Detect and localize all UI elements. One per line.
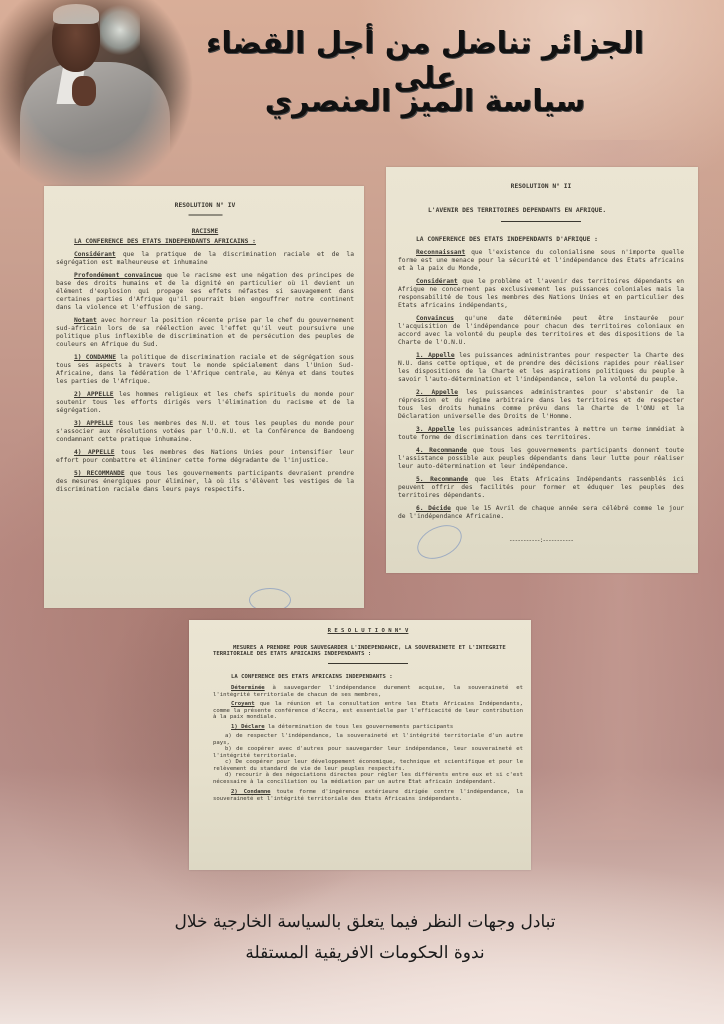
- doc-paragraph: Convaincus qu'une date déterminée peut ê…: [398, 315, 684, 347]
- doc-rule: [501, 221, 581, 222]
- doc-heading: R E S O L U T I O N N° V: [213, 628, 523, 635]
- stamp-icon: [249, 588, 291, 608]
- paragraph-lead: Reconnaissant: [416, 249, 465, 256]
- paragraph-lead: Croyant: [231, 701, 255, 707]
- paragraph-lead: 5. Recommande: [416, 476, 468, 483]
- list-item: d) recourir à des négociations directes …: [213, 772, 523, 785]
- doc-conference: LA CONFERENCE DES ETATS AFRICAINS INDEPE…: [213, 674, 523, 681]
- paragraph-lead: 1) CONDAMNE: [74, 354, 116, 361]
- paragraph-lead: Profondément convaincue: [74, 272, 162, 279]
- paragraph-lead: 2. Appelle: [416, 389, 458, 396]
- paragraph-lead: 1. Appelle: [416, 352, 455, 359]
- document-resolution-iv: RESOLUTION N° IV ============ RACISME LA…: [44, 186, 364, 608]
- paragraph-lead: 1) Déclare: [231, 724, 265, 730]
- doc-items: a) de respecter l'indépendance, la souve…: [213, 733, 523, 785]
- photo-hand: [72, 76, 96, 106]
- doc-paragraphs: Déterminée à sauvegarder l'indépendance …: [213, 685, 523, 730]
- doc-subject: L'AVENIR DES TERRITOIRES DEPENDANTS EN A…: [398, 207, 684, 215]
- doc-paragraph: 3) APPELLE tous les membres des N.U. et …: [56, 420, 354, 444]
- paragraph-lead: Notant: [74, 317, 97, 324]
- doc-paragraph: 2. Appelle les puissances administrantes…: [398, 389, 684, 421]
- doc-paragraph: 5. Recommande que les Etats Africains In…: [398, 476, 684, 500]
- paragraph-lead: 3. Appelle: [416, 426, 455, 433]
- doc-paragraph: 3. Appelle les puissances administrantes…: [398, 426, 684, 442]
- paragraph-text: avec horreur la position récente prise p…: [56, 317, 354, 348]
- doc-paragraphs: Considérant que la pratique de la discri…: [56, 251, 354, 494]
- doc-paragraph: 4) APPELLE tous les membres des Nations …: [56, 449, 354, 465]
- paragraph-text: que la réunion et la consultation entre …: [213, 701, 523, 720]
- doc-paragraph: Déterminée à sauvegarder l'indépendance …: [213, 685, 523, 698]
- doc-rule: [328, 663, 408, 664]
- doc-subject: MESURES A PRENDRE POUR SAUVEGARDER L'IND…: [213, 645, 523, 658]
- portrait-photo: [0, 0, 195, 190]
- list-item: a) de respecter l'indépendance, la souve…: [213, 733, 523, 746]
- paragraph-lead: 2) APPELLE: [74, 391, 114, 398]
- page-title-line2: سياسة الميز العنصري: [200, 84, 650, 119]
- photo-hair: [53, 4, 99, 24]
- doc-heading: RESOLUTION N° II: [398, 183, 684, 191]
- doc-paragraph: 2) APPELLE les hommes religieux et les c…: [56, 391, 354, 415]
- doc-paragraph: 5) RECOMMANDE que tous les gouvernements…: [56, 470, 354, 494]
- doc-subject: RACISME: [56, 228, 354, 236]
- list-item: b) de coopérer avec d'autres pour sauveg…: [213, 746, 523, 759]
- stamp-icon: [412, 518, 467, 565]
- paragraph-lead: Considérant: [74, 251, 116, 258]
- doc-paragraph: 4. Recommande que tous les gouvernements…: [398, 447, 684, 471]
- doc-paragraph: Notant avec horreur la position récente …: [56, 317, 354, 349]
- paragraph-lead: 6. Décide: [416, 505, 451, 512]
- paragraph-lead: 3) APPELLE: [74, 420, 113, 427]
- doc-conference: LA CONFERENCE DES ETATS INDEPENDANTS D'A…: [398, 236, 684, 244]
- doc-paragraph: Considérant que la pratique de la discri…: [56, 251, 354, 267]
- doc-paragraph: Croyant que la réunion et la consultatio…: [213, 701, 523, 721]
- document-resolution-v: R E S O L U T I O N N° V MESURES A PREND…: [189, 620, 531, 870]
- doc-paragraph: Reconnaissant que l'existence du colonia…: [398, 249, 684, 273]
- document-resolution-ii: RESOLUTION N° II L'AVENIR DES TERRITOIRE…: [386, 167, 698, 573]
- photo-suit: [20, 62, 170, 190]
- doc-closing: 2) Condamne toute forme d'ingérence exté…: [213, 789, 523, 802]
- list-item: c) De coopérer pour leur développement é…: [213, 759, 523, 772]
- doc-conference: LA CONFERENCE DES ETATS INDEPENDANTS AFR…: [56, 238, 354, 246]
- doc-heading: RESOLUTION N° IV: [56, 202, 354, 210]
- paragraph-lead: Considérant: [416, 278, 458, 285]
- doc-paragraph: Considérant que le problème et l'avenir …: [398, 278, 684, 310]
- paragraph-text: la détermination de tous les gouvernemen…: [265, 724, 454, 730]
- doc-paragraphs: Reconnaissant que l'existence du colonia…: [398, 249, 684, 521]
- caption-line2: ندوة الحكومات الافريقية المستقلة: [120, 943, 610, 963]
- paragraph-lead: 5) RECOMMANDE: [74, 470, 125, 477]
- doc-paragraph: 1) CONDAMNE la politique de discriminati…: [56, 354, 354, 386]
- doc-separator: ============: [56, 212, 354, 220]
- paragraph-lead: 4. Recommande: [416, 447, 467, 454]
- doc-paragraph: 1. Appelle les puissances administrantes…: [398, 352, 684, 384]
- photo-foliage: [100, 0, 140, 60]
- paragraph-lead: Convaincus: [416, 315, 454, 322]
- paragraph-lead: Déterminée: [231, 685, 265, 691]
- doc-paragraph: 6. Décide que le 15 Avril de chaque anné…: [398, 505, 684, 521]
- doc-paragraph: Profondément convaincue que le racisme e…: [56, 272, 354, 312]
- paragraph-lead: 4) APPELLE: [74, 449, 115, 456]
- doc-paragraph: 1) Déclare la détermination de tous les …: [213, 724, 523, 731]
- caption-line1: تبادل وجهات النظر فيما يتعلق بالسياسة ال…: [120, 912, 610, 932]
